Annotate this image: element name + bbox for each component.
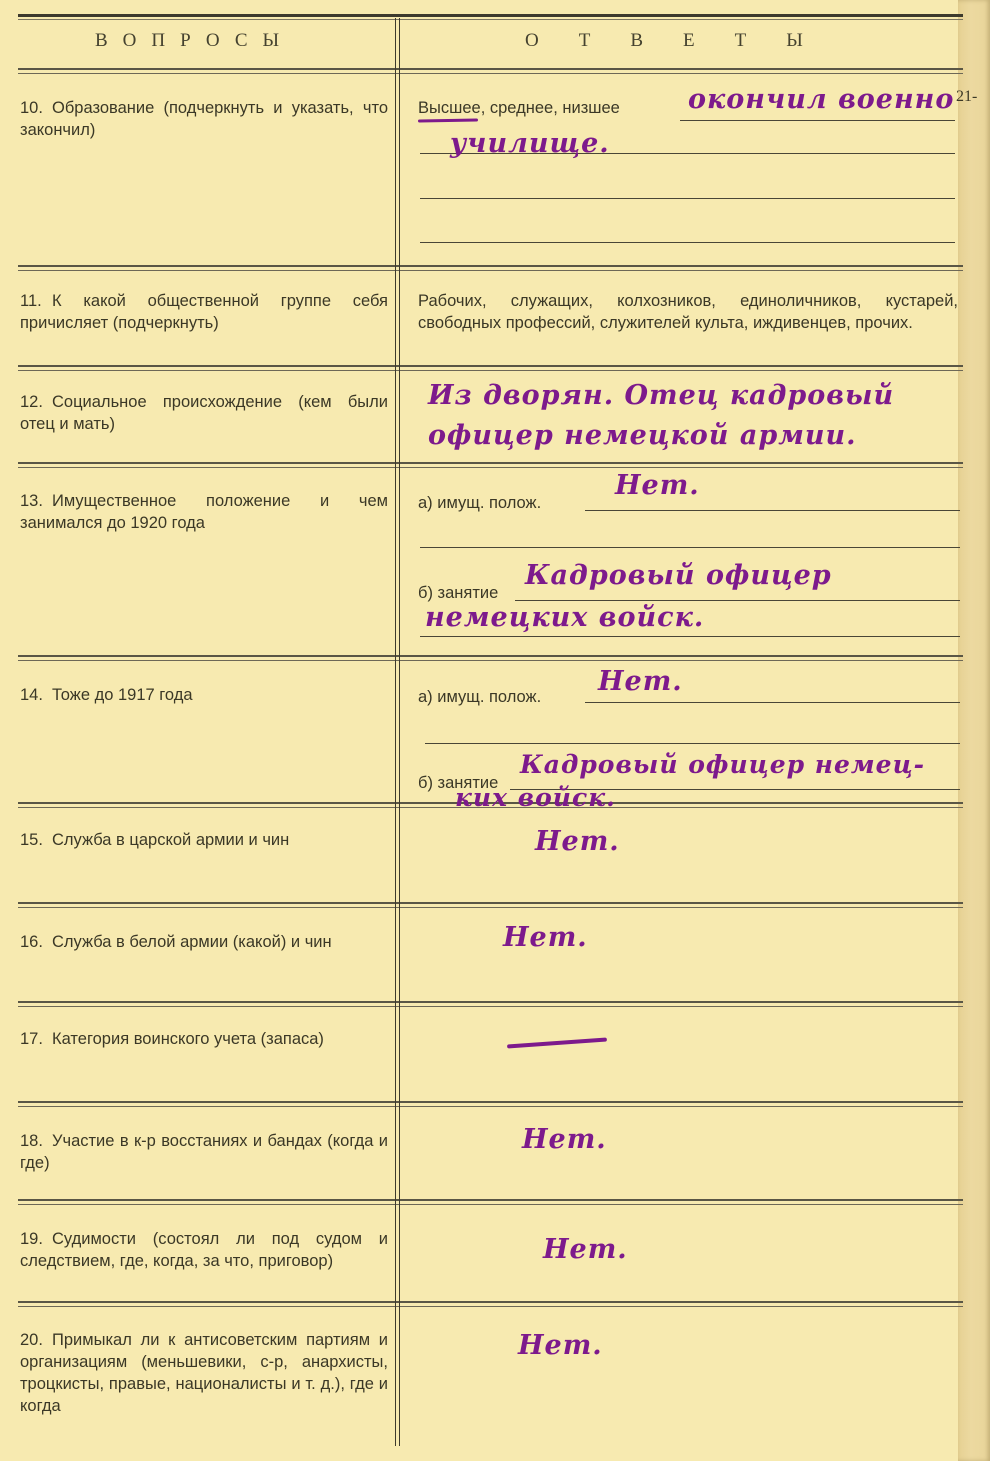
row-rule-12 [18, 462, 963, 468]
questions-header: ВОПРОСЫ [95, 30, 294, 52]
row-rule-13 [18, 655, 963, 661]
handwritten-property-1920: Нет. [615, 470, 700, 501]
margin-page-note: 21- [956, 88, 977, 106]
handwritten-answer-12-line1: Из дворян. Отец кадровый [428, 380, 894, 411]
handwritten-answer-15: Нет. [535, 826, 620, 857]
question-17: 17.Категория воинского учета (запаса) [20, 1028, 388, 1050]
question-18: 18.Участие в к-р восстаниях и бандах (ко… [20, 1130, 388, 1174]
fill-line [420, 198, 955, 199]
handwritten-occupation-1917-line1: Кадровый офицер немец- [520, 750, 925, 779]
education-options: Высшее, среднее, низшее [418, 97, 620, 119]
handwritten-occupation-1917-line2: ких войск. [455, 783, 616, 812]
header-rule [18, 68, 963, 74]
row-rule-19 [18, 1301, 963, 1307]
adjacent-page-edge [958, 0, 990, 1461]
fill-line [420, 636, 960, 637]
fill-line [585, 510, 960, 511]
fill-line [425, 743, 960, 744]
question-13: 13.Имущественное положение и чем занимал… [20, 490, 388, 534]
answers-header: ОТВЕТЫ [525, 30, 843, 52]
question-14: 14.Тоже до 1917 года [20, 684, 388, 706]
row-rule-10 [18, 265, 963, 271]
row-rule-11 [18, 365, 963, 371]
handwritten-property-1917: Нет. [598, 666, 683, 697]
question-12: 12.Социальное происхождение (кем были от… [20, 391, 388, 435]
property-status-label: а) имущ. полож. [418, 492, 541, 514]
social-group-options: Рабочих, служащих, колхозников, единолич… [418, 290, 958, 334]
fill-line [515, 600, 960, 601]
handwritten-answer-12-line2: офицер немецкой армии. [428, 420, 857, 451]
underline-highest [418, 118, 478, 122]
fill-line [585, 702, 960, 703]
fill-line [420, 242, 955, 243]
fill-line [680, 120, 955, 121]
handwritten-answer-10-line2: училище. [450, 128, 610, 159]
handwritten-answer-16: Нет. [503, 922, 588, 953]
row-rule-16 [18, 1001, 963, 1007]
question-10: 10.Образование (подчеркнуть и указать, ч… [20, 97, 388, 141]
row-rule-17 [18, 1101, 963, 1107]
handwritten-occupation-1920-line2: немецких войск. [425, 602, 704, 633]
handwritten-dash-17 [507, 1038, 607, 1049]
handwritten-answer-18: Нет. [522, 1124, 607, 1155]
question-16: 16.Служба в белой армии (какой) и чин [20, 931, 388, 953]
handwritten-answer-19: Нет. [543, 1234, 628, 1265]
fill-line [420, 547, 960, 548]
row-rule-15 [18, 902, 963, 908]
question-19: 19.Судимости (состоял ли под судом и сле… [20, 1228, 388, 1272]
question-11: 11.К какой общественной группе себя прич… [20, 290, 388, 334]
handwritten-answer-10-line1: окончил военно [688, 84, 954, 115]
column-divider [395, 18, 400, 1446]
row-rule-18 [18, 1199, 963, 1205]
question-20: 20.Примыкал ли к антисоветским партиям и… [20, 1329, 388, 1417]
property-status-label-1917: а) имущ. полож. [418, 686, 541, 708]
handwritten-occupation-1920-line1: Кадровый офицер [525, 560, 832, 591]
top-rule [18, 14, 963, 20]
question-15: 15.Служба в царской армии и чин [20, 829, 388, 851]
occupation-label: б) занятие [418, 582, 498, 604]
handwritten-answer-20: Нет. [518, 1330, 603, 1361]
